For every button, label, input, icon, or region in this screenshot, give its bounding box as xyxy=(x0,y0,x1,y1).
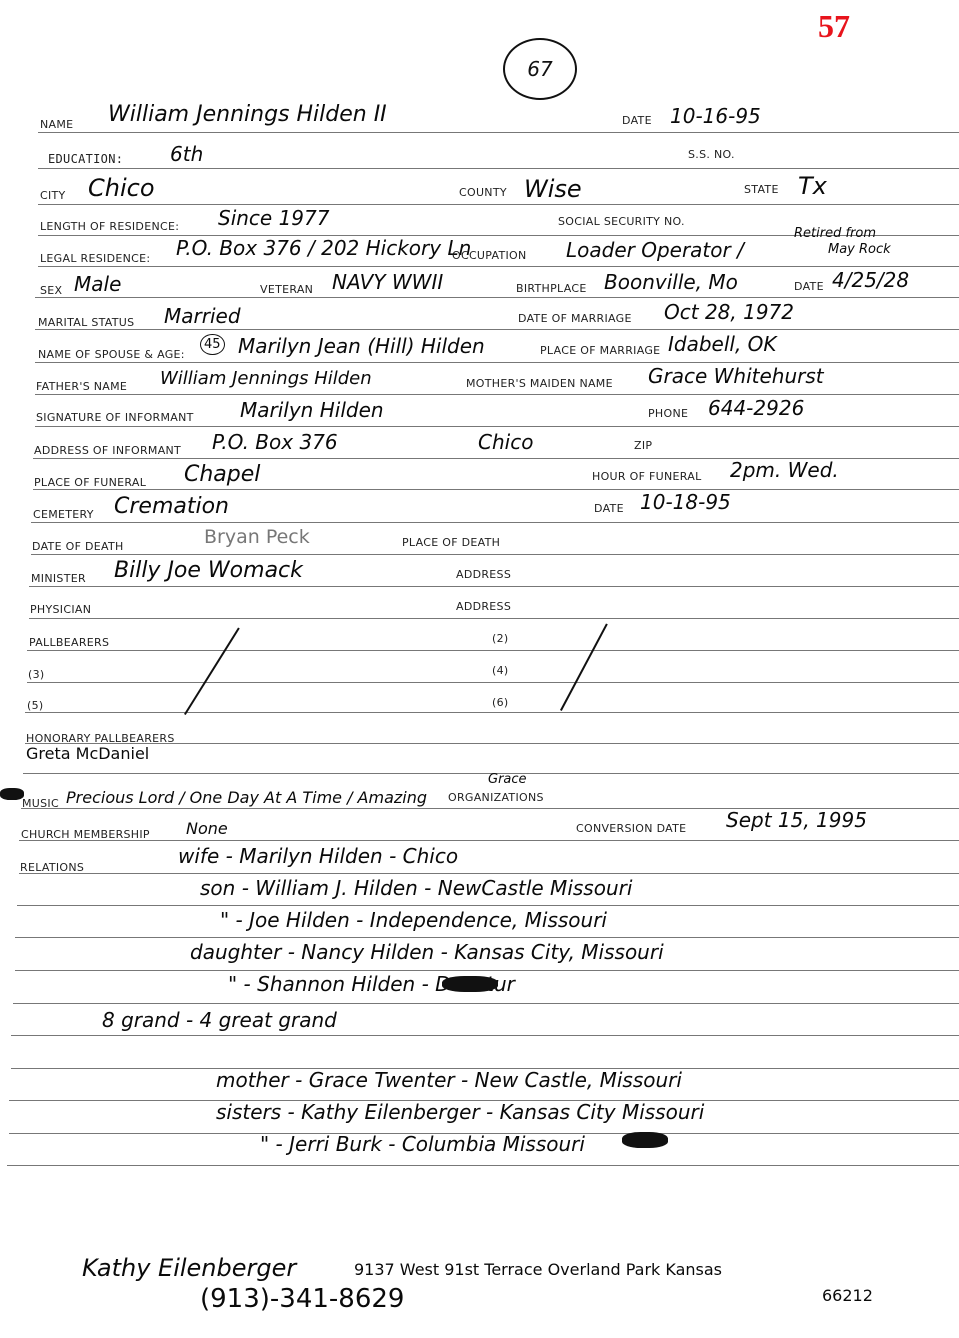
pallbearer-5-label: (5) xyxy=(27,699,43,712)
rule xyxy=(38,266,959,267)
rule xyxy=(25,712,959,713)
rule xyxy=(35,297,959,298)
ink-scribble xyxy=(622,1132,668,1148)
honorary-pallbearer-value: Greta McDaniel xyxy=(26,744,149,763)
birth-date-value: 4/25/28 xyxy=(832,268,909,292)
address-of-informant-label: Address of Informant xyxy=(34,444,181,457)
rule xyxy=(19,873,959,874)
music-label: Music xyxy=(22,797,59,810)
hour-of-funeral-value: 2pm. Wed. xyxy=(730,458,839,482)
relation-item: wife - Marilyn Hilden - Chico xyxy=(178,844,458,868)
pallbearers-label: Pallbearers xyxy=(29,636,109,649)
marital-status-label: Marital Status xyxy=(38,316,134,329)
rule xyxy=(35,362,959,363)
strike-line xyxy=(560,623,608,710)
pallbearer-4-label: (4) xyxy=(492,664,508,677)
occupation-label: Occupation xyxy=(452,249,527,262)
rule xyxy=(31,522,959,523)
rule xyxy=(7,1165,959,1166)
date-of-marriage-value: Oct 28, 1972 xyxy=(664,300,794,324)
ink-scribble xyxy=(442,976,498,992)
length-of-residence-label: Length of Residence: xyxy=(40,220,179,233)
place-of-funeral-value: Chapel xyxy=(184,462,260,487)
signature-of-informant-label: Signature of Informant xyxy=(36,411,194,424)
rule xyxy=(35,394,959,395)
date-label: Date xyxy=(622,114,652,127)
marital-status-value: Married xyxy=(164,304,241,328)
occupation-value: Loader Operator / xyxy=(566,238,744,262)
page-number: 57 xyxy=(818,8,850,45)
occupation-note-2: May Rock xyxy=(828,242,891,257)
rule xyxy=(38,168,959,169)
conversion-date-value: Sept 15, 1995 xyxy=(726,808,867,832)
date-of-marriage-label: Date of Marriage xyxy=(518,312,632,325)
pallbearer-3-label: (3) xyxy=(28,668,44,681)
fathers-name-value: William Jennings Hilden xyxy=(160,368,372,389)
rule xyxy=(38,204,959,205)
date-of-death-label: Date of Death xyxy=(32,540,124,553)
footer-zip: 66212 xyxy=(822,1286,873,1305)
date-value: 10-16-95 xyxy=(670,104,761,128)
rule xyxy=(17,905,959,906)
conversion-date-label: Conversion Date xyxy=(576,822,686,835)
city-label: City xyxy=(40,189,66,202)
place-of-marriage-value: Idabell, OK xyxy=(668,332,777,356)
relation-item: mother - Grace Twenter - New Castle, Mis… xyxy=(216,1068,682,1092)
footer-address: 9137 West 91st Terrace Overland Park Kan… xyxy=(354,1260,722,1279)
mothers-maiden-name-value: Grace Whitehurst xyxy=(648,364,824,388)
physician-label: Physician xyxy=(30,603,91,616)
zip-label: Zip xyxy=(634,439,652,452)
rule xyxy=(15,970,959,971)
physician-address-label: Address xyxy=(456,600,511,613)
funeral-date-value: 10-18-95 xyxy=(640,490,731,514)
sex-value: Male xyxy=(74,272,121,296)
informant-city-value: Chico xyxy=(478,430,533,454)
ss-no-label: S.S. No. xyxy=(688,148,735,161)
state-label: State xyxy=(744,183,779,196)
place-of-death-label: Place of Death xyxy=(402,536,500,549)
county-label: County xyxy=(459,186,507,199)
music-continued: Grace xyxy=(488,772,527,787)
birthplace-value: Boonville, Mo xyxy=(604,270,738,294)
cemetery-value: Cremation xyxy=(114,494,229,519)
rule xyxy=(31,554,959,555)
county-value: Wise xyxy=(524,175,582,203)
city-value: Chico xyxy=(88,174,155,202)
footer-contact-name: Kathy Eilenberger xyxy=(82,1254,296,1282)
place-of-funeral-label: Place of Funeral xyxy=(34,476,146,489)
relation-item: daughter - Nancy Hilden - Kansas City, M… xyxy=(190,940,664,964)
date-of-death-note: Bryan Peck xyxy=(204,526,310,548)
spouse-age-value: 45 xyxy=(200,334,225,355)
legal-residence-label: Legal Residence: xyxy=(40,252,150,265)
rule xyxy=(13,1003,959,1004)
social-security-label: Social Security No. xyxy=(558,215,685,228)
legal-residence-value: P.O. Box 376 / 202 Hickory Ln xyxy=(176,236,471,260)
rule xyxy=(35,426,959,427)
fathers-name-label: Father's Name xyxy=(36,380,127,393)
rule xyxy=(19,840,959,841)
circled-number: 67 xyxy=(503,38,577,100)
rule xyxy=(33,489,959,490)
church-membership-label: Church Membership xyxy=(21,828,150,841)
signature-of-informant-value: Marilyn Hilden xyxy=(240,398,384,422)
minister-value: Billy Joe Womack xyxy=(114,558,303,583)
rule xyxy=(29,618,959,619)
relation-item: " - Jerri Burk - Columbia Missouri xyxy=(260,1132,585,1156)
funeral-date-label: Date xyxy=(594,502,624,515)
rule xyxy=(15,937,959,938)
rule xyxy=(38,132,959,133)
birth-date-label: Date xyxy=(794,280,824,293)
spouse-label: Name of Spouse & Age: xyxy=(38,348,185,361)
minister-label: Minister xyxy=(31,572,86,585)
rule xyxy=(27,682,959,683)
relation-item: 8 grand - 4 great grand xyxy=(102,1008,337,1032)
spouse-value: Marilyn Jean (Hill) Hilden xyxy=(238,334,485,358)
length-of-residence-value: Since 1977 xyxy=(218,206,329,230)
rule xyxy=(11,1035,959,1036)
hour-of-funeral-label: Hour of Funeral xyxy=(592,470,702,483)
birthplace-label: Birthplace xyxy=(516,282,587,295)
ink-scribble xyxy=(0,788,24,800)
sex-label: Sex xyxy=(40,284,62,297)
occupation-note-1: Retired from xyxy=(794,226,876,241)
relation-item: sisters - Kathy Eilenberger - Kansas Cit… xyxy=(216,1100,704,1124)
pallbearer-2-label: (2) xyxy=(492,632,508,645)
phone-label: Phone xyxy=(648,407,688,420)
music-value: Precious Lord / One Day At A Time / Amaz… xyxy=(66,788,427,807)
minister-address-label: Address xyxy=(456,568,511,581)
organizations-label: Organizations xyxy=(448,791,544,804)
state-value: Tx xyxy=(798,172,827,200)
phone-value: 644-2926 xyxy=(708,396,804,420)
strike-line xyxy=(184,627,240,715)
education-value: 6th xyxy=(170,142,203,166)
relations-label: Relations xyxy=(20,861,84,874)
rule xyxy=(29,586,959,587)
cemetery-label: Cemetery xyxy=(33,508,94,521)
name-value: William Jennings Hilden II xyxy=(108,102,387,127)
education-label: Education: xyxy=(48,152,123,166)
veteran-value: NAVY WWII xyxy=(332,270,443,294)
church-membership-value: None xyxy=(186,819,228,838)
name-label: Name xyxy=(40,118,73,131)
footer-phone: (913)-341-8629 xyxy=(200,1284,404,1314)
address-of-informant-value: P.O. Box 376 xyxy=(212,430,338,454)
pallbearer-6-label: (6) xyxy=(492,696,508,709)
veteran-label: Veteran xyxy=(260,283,313,296)
rule xyxy=(27,650,959,651)
mothers-maiden-name-label: Mother's Maiden Name xyxy=(466,377,613,390)
rule xyxy=(35,329,959,330)
place-of-marriage-label: Place of Marriage xyxy=(540,344,660,357)
relation-item: " - Joe Hilden - Independence, Missouri xyxy=(220,908,607,932)
relation-item: son - William J. Hilden - NewCastle Miss… xyxy=(200,876,632,900)
